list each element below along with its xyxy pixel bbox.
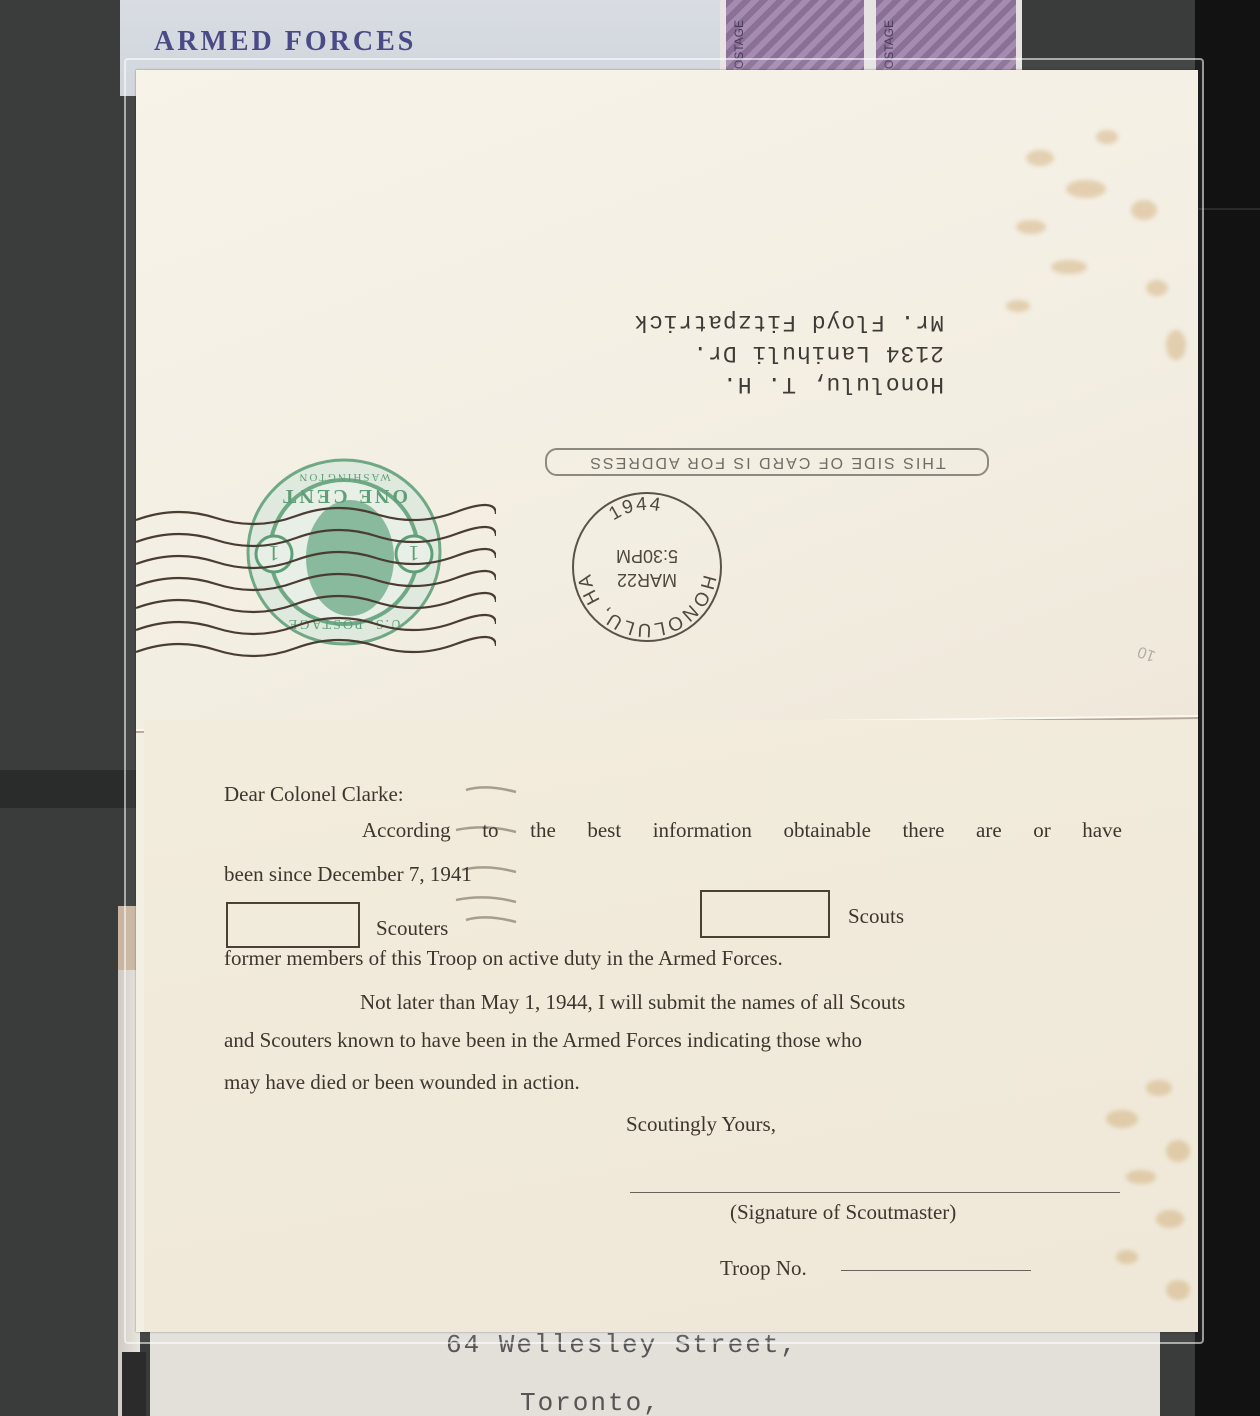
foxing-spot [1146,1080,1172,1096]
foxing-spot [1096,130,1118,144]
foxing-spot [1166,1140,1190,1162]
foxing-spot [1026,150,1054,166]
paragraph2-line1: Not later than May 1, 1944, I will submi… [360,990,905,1015]
word: the [530,818,556,843]
album-divider-right [1195,208,1260,210]
paragraph1-line2: been since December 7, 1941 [224,862,472,887]
paragraph1-line3: former members of this Troop on active d… [224,946,783,971]
honolulu-postmark-icon: MAR22 5:30PM HONOLULU, HAWAII 1944 [568,488,726,646]
foxing-spot [1016,220,1046,234]
paragraph2-line3: may have died or been wounded in action. [224,1070,580,1095]
card-address-side: Honolulu, T. H. 2134 Lanihuli Dr. Mr. Fl… [136,70,1198,730]
foxing-spot [1116,1250,1138,1264]
svg-text:MAR22: MAR22 [617,570,677,590]
svg-text:1944: 1944 [605,494,663,525]
album-background [0,0,140,770]
paragraph1-line1: According to the best information obtain… [362,818,1122,843]
signature-caption: (Signature of Scoutmaster) [730,1200,956,1225]
card-message-side [144,720,1198,1332]
svg-text:WASHINGTON: WASHINGTON [297,471,390,483]
album-divider [0,770,140,808]
envelope-heading: ARMED FORCES [154,26,416,58]
scouters-label: Scouters [376,916,448,941]
word: have [1082,818,1122,843]
foxing-spot [1106,1110,1138,1128]
foxing-spot [1051,260,1087,274]
word: to [482,818,498,843]
paragraph2-line2: and Scouters known to have been in the A… [224,1028,862,1053]
pencil-note: 10 [1135,641,1158,664]
foxing-spot [1166,1280,1190,1300]
word: obtainable [783,818,870,843]
foxing-spot [1131,200,1157,220]
postal-card: Honolulu, T. H. 2134 Lanihuli Dr. Mr. Fl… [136,70,1198,1332]
word: or [1033,818,1051,843]
foxing-spot [1156,1210,1184,1228]
troop-number-line[interactable] [841,1270,1031,1271]
foxing-spot [1146,280,1168,296]
cancellation-lines-icon [136,500,496,660]
salutation: Dear Colonel Clarke: [224,782,404,807]
album-background-right [1195,0,1260,1416]
address-line: Mr. Floyd Fitzpatrick [544,306,944,337]
word: information [653,818,752,843]
word: are [976,818,1002,843]
closing: Scoutingly Yours, [626,1112,776,1137]
scouts-label: Scouts [848,904,904,929]
address-line: 2134 Lanihuli Dr. [544,337,944,368]
scouters-count-box[interactable] [226,902,360,948]
envelope-address-line: Toronto, [520,1388,661,1416]
word: best [587,818,621,843]
cancel-offset-smudge-icon [416,770,536,930]
foxing-spot [1066,180,1106,198]
recipient-address: Honolulu, T. H. 2134 Lanihuli Dr. Mr. Fl… [544,306,944,399]
svg-text:5:30PM: 5:30PM [616,546,678,566]
word: According [362,818,451,843]
signature-line[interactable] [630,1192,1120,1193]
word: there [902,818,944,843]
address-line: Honolulu, T. H. [544,368,944,399]
foxing-spot [1166,330,1186,360]
scouts-count-box[interactable] [700,890,830,938]
address-side-banner: THIS SIDE OF CARD IS FOR ADDRESS [545,448,989,476]
foxing-spot [1006,300,1030,312]
troop-number-label: Troop No. [720,1256,807,1281]
envelope-printed-mark [122,1352,146,1416]
foxing-spot [1126,1170,1156,1184]
